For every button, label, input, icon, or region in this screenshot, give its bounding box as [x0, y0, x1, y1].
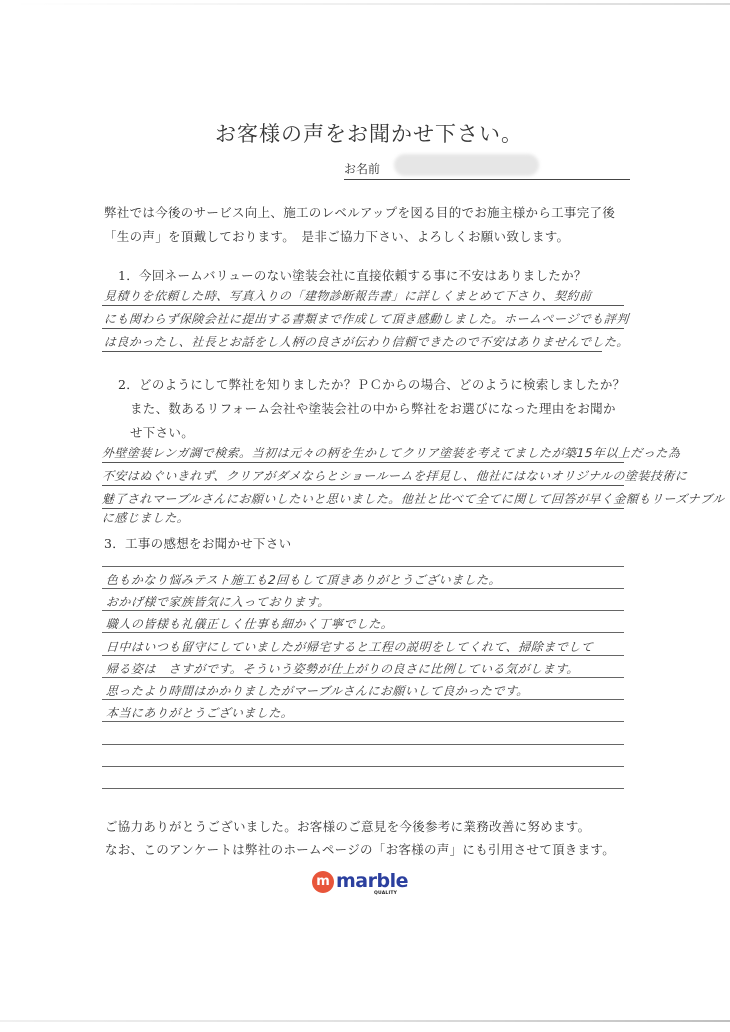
- answer-3-line-3: 職人の皆様も礼儀正しく仕事も細かく丁寧でした。: [105, 615, 394, 632]
- answer-3-ruled-line-6: [102, 699, 624, 700]
- marble-logo: m marble QUALITY: [312, 869, 422, 899]
- question-2-line-1: 2．どのようにして弊社を知りましたか？ＰＣからの場合、どのように検索しましたか？: [118, 373, 625, 397]
- answer-3-ruled-line-9: [102, 766, 624, 767]
- marble-logo-tagline: QUALITY: [374, 891, 397, 896]
- intro-line-2: 「生の声」を頂戴しております。 是非ご協力下さい、よろしくお願い致します。: [104, 225, 569, 249]
- answer-3-ruled-line-0: [102, 566, 624, 567]
- answer-3-ruled-line-1: [102, 588, 624, 589]
- answer-3-line-7: 本当にありがとうございました。: [105, 704, 294, 721]
- answer-3-ruled-line-2: [102, 610, 624, 611]
- answer-3-ruled-line-5: [102, 677, 624, 678]
- question-2-line-3: せ下さい。: [130, 421, 194, 445]
- answer-3-ruled-line-3: [102, 632, 624, 633]
- page-title: お客様の声をお聞かせ下さい。: [215, 118, 523, 148]
- answer-1-underline-3: [102, 351, 602, 352]
- answer-1-underline-1: [102, 305, 624, 306]
- answer-1-line-2: にも関わらず保険会社に提出する書類まで作成して頂き感動しました。ホームページでも…: [103, 310, 629, 327]
- answer-1-line-3: は良かったし、社長とお話をし人柄の良さが伝わり信頼できたので不安はありませんでし…: [103, 333, 629, 350]
- answer-3-line-4: 日中はいつも留守にしていましたが帰宅すると工程の説明をしてくれて、掃除までして: [105, 638, 593, 655]
- answer-3-line-2: おかげ様で家族皆気に入っております。: [105, 593, 330, 610]
- answer-3-line-6: 思ったより時間はかかりましたがマーブルさんにお願いして良かったです。: [105, 682, 529, 699]
- name-redaction: [394, 154, 539, 176]
- closing-line-2: なお、このアンケートは弊社のホームページの「お客様の声」にも引用させて頂きます。: [105, 838, 615, 862]
- answer-2-underline-1: [102, 462, 624, 463]
- question-1: 1．今回ネームバリューのない塗装会社に直接依頼する事に不安はありましたか？: [118, 264, 587, 288]
- answer-3-ruled-line-8: [102, 744, 624, 745]
- answer-2-line-3: 魅了されマーブルさんにお願いしたいと思いました。他社と比べて全てに関して回答が早…: [101, 490, 725, 507]
- name-underline: [344, 179, 630, 180]
- answer-2-line-4: に感じました。: [101, 509, 190, 526]
- page-edge-top: [10, 3, 730, 5]
- answer-2-line-1: 外壁塗装レンガ調で検索。当初は元々の柄を生かしてクリア塗装を考えてましたが築15…: [101, 444, 681, 461]
- answer-3-line-1: 色もかなり悩みテスト施工も2回もして頂きありがとうございました。: [105, 571, 501, 588]
- name-label: お名前: [344, 160, 380, 177]
- answer-1-underline-2: [102, 328, 624, 329]
- closing-line-1: ご協力ありがとうございました。お客様のご意見を今後参考に業務改善に努めます。: [105, 815, 590, 839]
- answer-3-line-5: 帰る姿は さすがです。そういう姿勢が仕上がりの良さに比例している気がします。: [105, 660, 579, 677]
- name-field: お名前: [344, 158, 630, 180]
- question-2-line-2: また、数あるリフォーム会社や塗装会社の中から弊社をお選びになった理由をお聞か: [130, 397, 616, 421]
- intro-line-1: 弊社では今後のサービス向上、施工のレベルアップを図る目的でお施主様から工事完了後: [104, 201, 615, 225]
- answer-2-underline-2: [102, 485, 624, 486]
- answer-3-ruled-line-10: [102, 788, 624, 789]
- answer-3-ruled-line-4: [102, 655, 624, 656]
- answer-3-ruled-line-7: [102, 721, 624, 722]
- marble-logo-mark-icon: m: [312, 871, 334, 893]
- question-3: 3．工事の感想をお聞かせ下さい: [104, 532, 291, 556]
- answer-1-line-1: 見積りを依頼した時、写真入りの「建物診断報告書」に詳しくまとめて下さり、契約前: [103, 287, 592, 304]
- answer-2-line-2: 不安はぬぐいきれず、クリアがダメならとショールームを拝見し、他社にはないオリジナ…: [101, 467, 688, 484]
- page-edge-bottom: [0, 1020, 730, 1022]
- marble-logo-wordmark: marble: [336, 869, 408, 893]
